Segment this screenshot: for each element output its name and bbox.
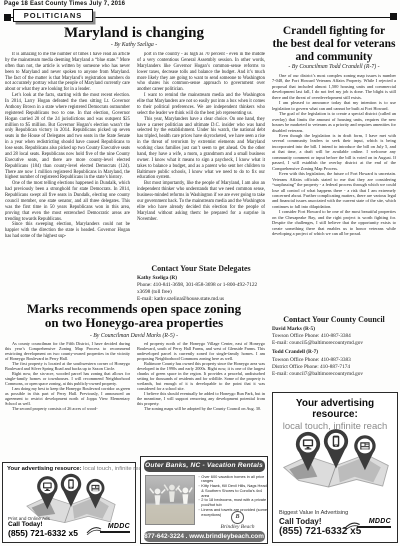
beach-photo [145, 475, 195, 525]
outer-banks-ad: Outer Banks, NC - Vacation Rentals Over … [140, 456, 268, 544]
mddc-ad-horizontal: Your advertising resource: local touch, … [2, 462, 136, 543]
paragraph: port in the country - as high as 70 perc… [137, 52, 265, 93]
title-line: Crandell fighting for [270, 25, 398, 38]
title-line: on two Honeygo-area properties [0, 316, 268, 330]
contact-heading: Contact Your State Delegates [137, 264, 265, 273]
contact-heading: Contact Your County Council [272, 315, 396, 324]
ad-title-bold: Your advertising resource: [7, 466, 82, 472]
mddc-underbar [100, 531, 130, 534]
page-masthead: Page 18 East County Times July 7, 2016 [4, 1, 125, 7]
council-email: E-mail: council7@baltimorecountymd.gov [272, 371, 396, 378]
delegate-phone: Phone: 410-841-3698, 301-858-3698 or 1-8… [137, 282, 265, 296]
paragraph: The second property consists of 26 acres… [5, 407, 130, 412]
council-member-name: Todd Crandell (R-7) [272, 349, 396, 356]
council-email: E-mail: council5@baltimorecountymd.gov [272, 340, 396, 347]
marks-column-2: ed property north of the Honeygo Village… [137, 342, 265, 454]
paragraph: It is amazing to me the number of times … [5, 52, 130, 93]
map-pins-graphic [280, 423, 392, 495]
maryland-column-1: It is amazing to me the number of times … [5, 52, 130, 300]
mddc-logo: MDDC [357, 518, 391, 528]
outer-banks-header: Outer Banks, NC - Vacation Rentals [144, 460, 265, 472]
paragraph: Since this sweeping election, Marylander… [5, 222, 130, 240]
council-phone: Towson Office Phone: 410-887-3383 [272, 357, 396, 364]
paragraph: I believe this should eventually be adde… [137, 392, 265, 407]
paragraph: As county councilman for the Fifth Distr… [5, 342, 130, 362]
jumping-people-illustration [146, 476, 194, 524]
ad-text-block: Print and Online Ads Call Today! (855) 7… [8, 516, 78, 538]
paragraph: But most importantly, like the people of… [137, 181, 265, 222]
outer-banks-body: Over 600 vacation homes in all price ran… [144, 472, 265, 530]
brindley-wordmark: Brindley Beach [215, 524, 261, 530]
bullet-item: Kitty Hawk, Kill Devil Hills, Nags Head,… [199, 484, 269, 498]
paragraph: The goal of the legislation is to create… [272, 111, 396, 133]
title-line: the best deal for veterans [270, 38, 398, 51]
rule-left-cap [4, 14, 11, 21]
mddc-wordmark: MDDC [357, 518, 391, 525]
ad-title: Your advertising resource: local touch, … [7, 466, 131, 472]
article-title-crandell: Crandell fighting for the best deal for … [270, 25, 398, 64]
ad-title-bold: Your advertising resource: [278, 398, 392, 420]
mddc-wordmark: MDDC [100, 523, 130, 530]
delegate-email: E-mail: kathy.szeliga@house.state.md.us [137, 296, 265, 300]
council-phone: Towson Office Phone: 410-887-3384 [272, 333, 396, 340]
maryland-column-2: port in the country - as high as 70 perc… [137, 52, 265, 264]
paragraph: I want to remind the mainstream media an… [137, 93, 265, 117]
article-title-marks: Marks recommends open space zoning on tw… [0, 302, 268, 331]
article-title-maryland: Maryland is changing [0, 25, 268, 42]
outer-banks-footer: 877-642-3224 . www.brindleybeach.com [144, 531, 265, 542]
section-tab-politicians: POLITICIANS [13, 9, 93, 22]
byline-crandell: - By Councilman Todd Crandell (R-7) - [270, 64, 398, 70]
paragraph: The zoning maps will be adopted by the C… [137, 407, 265, 412]
byline-maryland: - By Kathy Szeliga - [0, 42, 268, 48]
ad-phone-number: (855) 721-6332 x5 [8, 528, 78, 538]
mddc-ad-vertical: Your advertising resource: local touch, … [272, 392, 398, 543]
paragraph: Even though the legislation is in draft … [272, 133, 396, 171]
title-line: Marks recommends open space zoning [0, 302, 268, 316]
brindley-beach-logo: B Brindley Beach [215, 511, 261, 530]
paragraph: One of our district’s most complex zonin… [272, 73, 396, 100]
paragraph: ed property north of the Honeygo Village… [137, 342, 265, 362]
delegate-name: Kathy Szeliga (R) [137, 275, 265, 282]
paragraph: I am pleased to announce today that my i… [272, 100, 396, 111]
brindley-monogram: B [231, 511, 244, 524]
byline-marks: - By Councilman David Marks (R-5) - [0, 333, 268, 339]
ad-call-today: Call Today! [8, 521, 78, 528]
paragraph: Even with this legislation, the future o… [272, 171, 396, 209]
paragraph: Let’s look at the facts, starting with t… [5, 93, 130, 181]
council-phone: District Office Phone: 410-887-7174 [272, 364, 396, 371]
mddc-swoosh-icon [86, 523, 102, 535]
rule-right-cap [390, 13, 397, 20]
mddc-swoosh-icon [343, 518, 361, 531]
ad-tagline: Biggest Value In Advertising [279, 510, 361, 517]
paragraph: I am doing my best to keep the Honeygo B… [5, 387, 130, 407]
title-line: and community [270, 51, 398, 64]
contact-county-council: Contact Your County Council David Marks … [272, 315, 396, 389]
mddc-underbar [357, 526, 391, 529]
marks-column-1: As county councilman for the Fifth Distr… [5, 342, 130, 458]
contact-state-delegates: Contact Your State Delegates Kathy Szeli… [137, 264, 265, 300]
paragraph: Baltimore County has owned this property… [137, 362, 265, 392]
paragraph: Right now, the six-acre, wooded parcel h… [5, 372, 130, 387]
newspaper-page: Page 18 East County Times July 7, 2016 P… [0, 0, 400, 546]
paragraph: I consider Fort Howard to be one of the … [272, 209, 396, 236]
paragraph: One of the most telling elections happen… [5, 181, 130, 222]
paragraph: This year, Marylanders have a clear choi… [137, 117, 265, 182]
mddc-logo: MDDC [100, 523, 130, 533]
crandell-column: One of our district’s most complex zonin… [272, 73, 396, 313]
ad-title-rest: local touch, infinite reach [82, 466, 148, 472]
